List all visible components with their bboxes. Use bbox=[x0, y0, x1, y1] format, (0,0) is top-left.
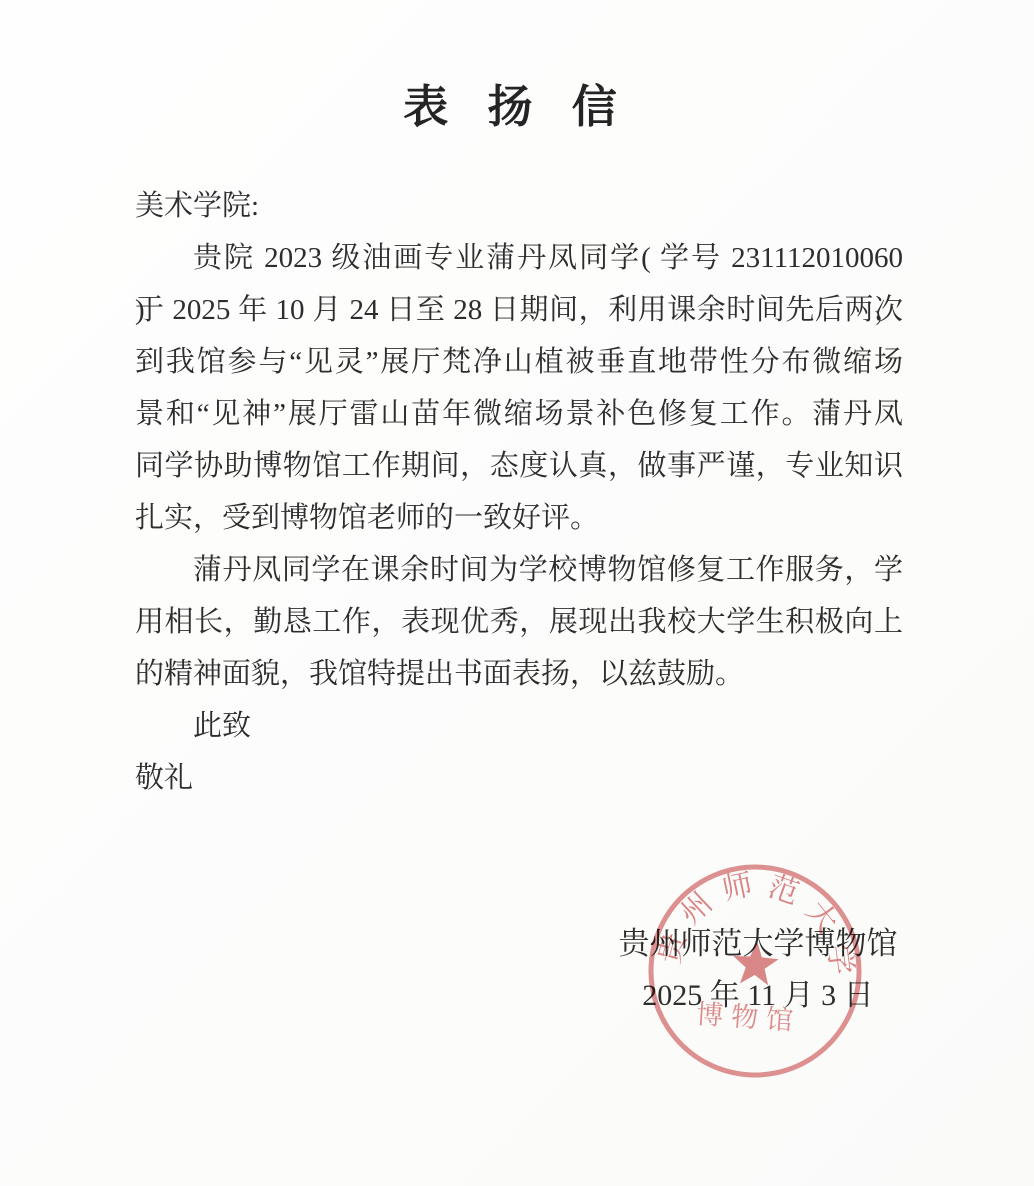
paragraph2-line3: 的精神面貌，我馆特提出书面表扬，以兹鼓励。 bbox=[135, 648, 903, 700]
letter-page: 表 扬 信 美术学院: 贵院 2023 级油画专业蒲丹凤同学( 学号 23111… bbox=[0, 0, 1034, 1186]
signature-date: 2025 年 11 月 3 日 bbox=[612, 970, 904, 1022]
paragraph2-line1: 蒲丹凤同学在课余时间为学校博物馆修复工作服务，学 bbox=[135, 544, 903, 596]
closing-jingli: 敬礼 bbox=[135, 752, 903, 804]
paragraph1-line4: 景和“见神”展厅雷山苗年微缩场景补色修复工作。蒲丹凤 bbox=[135, 388, 903, 440]
closing-cizhi: 此致 bbox=[135, 700, 903, 752]
paragraph1-line1: 贵院 2023 级油画专业蒲丹凤同学( 学号 231112010060 )， bbox=[135, 232, 903, 284]
letter-body: 美术学院: 贵院 2023 级油画专业蒲丹凤同学( 学号 23111201006… bbox=[135, 180, 903, 804]
signature-organization: 贵州师范大学博物馆 bbox=[612, 918, 904, 970]
paragraph1-line6: 扎实，受到博物馆老师的一致好评。 bbox=[135, 492, 903, 544]
paragraph1-line2: 于 2025 年 10 月 24 日至 28 日期间，利用课余时间先后两次 bbox=[135, 284, 903, 336]
salutation: 美术学院: bbox=[135, 180, 903, 232]
paragraph2-line2: 用相长，勤恳工作，表现优秀，展现出我校大学生积极向上 bbox=[135, 596, 903, 648]
paragraph1-line3: 到我馆参与“见灵”展厅梵净山植被垂直地带性分布微缩场 bbox=[135, 336, 903, 388]
signature-block: 贵州师范大学博物馆 2025 年 11 月 3 日 bbox=[612, 918, 904, 1022]
letter-title: 表 扬 信 bbox=[0, 70, 1034, 135]
paragraph1-line5: 同学协助博物馆工作期间，态度认真，做事严谨，专业知识 bbox=[135, 440, 903, 492]
